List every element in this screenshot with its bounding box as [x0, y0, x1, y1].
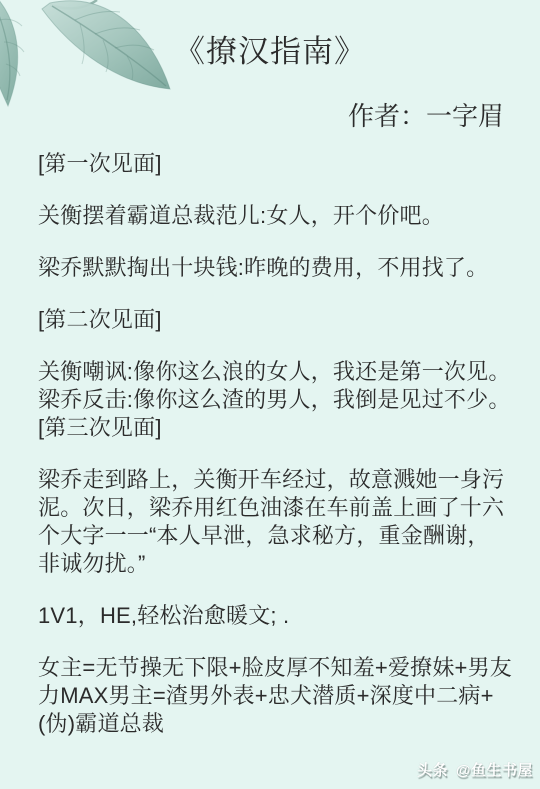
paragraph: 梁乔走到路上，关衡开车经过，故意溅她一身污泥。次日，梁乔用红色油漆在车前盖上画了… [38, 466, 522, 578]
text-line: [第一次见面] [38, 150, 522, 178]
text-line: 女主=无节操无下限+脸皮厚不知羞+爱撩妹+男友 [38, 654, 522, 682]
text-line: 泥。次日，梁乔用红色油漆在车前盖上画了十六 [38, 494, 522, 522]
paragraph: [第二次见面] [38, 306, 522, 334]
text-line: 非诚勿扰。” [38, 550, 522, 578]
text-line: 梁乔反击:像你这么渣的男人，我倒是见过不少。 [38, 386, 522, 414]
text-line: 1V1，HE,轻松治愈暖文; . [38, 602, 522, 630]
text-line: 梁乔走到路上，关衡开车经过，故意溅她一身污 [38, 466, 522, 494]
paragraph: 梁乔默默掏出十块钱:昨晚的费用，不用找了。 [38, 254, 522, 282]
text-line: [第三次见面] [38, 414, 522, 442]
text-line: 力MAX男主=渣男外表+忠犬潜质+深度中二病+ [38, 682, 522, 710]
text-line: (伪)霸道总裁 [38, 710, 522, 738]
paragraph: [第一次见面] [38, 150, 522, 178]
paragraph: 女主=无节操无下限+脸皮厚不知羞+爱撩妹+男友力MAX男主=渣男外表+忠犬潜质+… [38, 654, 522, 738]
watermark-platform: 头条 [417, 762, 448, 779]
book-recommendation-card: 《撩汉指南》 作者：一字眉 [第一次见面]关衡摆着霸道总裁范儿:女人，开个价吧。… [0, 0, 540, 789]
text-line: 关衡嘲讽:像你这么浪的女人，我还是第一次见。 [38, 358, 522, 386]
author-line: 作者：一字眉 [0, 99, 540, 133]
watermark-handle: @鱼生书屋 [456, 762, 533, 779]
watermark: 头条 @鱼生书屋 [414, 759, 533, 780]
body-text: [第一次见面]关衡摆着霸道总裁范儿:女人，开个价吧。梁乔默默掏出十块钱:昨晚的费… [0, 150, 540, 738]
paragraph: 关衡摆着霸道总裁范儿:女人，开个价吧。 [38, 202, 522, 230]
paragraph: 1V1，HE,轻松治愈暖文; . [38, 602, 522, 630]
paragraph: 关衡嘲讽:像你这么浪的女人，我还是第一次见。梁乔反击:像你这么渣的男人，我倒是见… [38, 358, 522, 442]
text-line: 个大字一一“本人早泄，急求秘方，重金酬谢， [38, 522, 522, 550]
text-line: [第二次见面] [38, 306, 522, 334]
text-line: 关衡摆着霸道总裁范儿:女人，开个价吧。 [38, 202, 522, 230]
text-line: 梁乔默默掏出十块钱:昨晚的费用，不用找了。 [38, 254, 522, 282]
book-title: 《撩汉指南》 [0, 0, 540, 70]
